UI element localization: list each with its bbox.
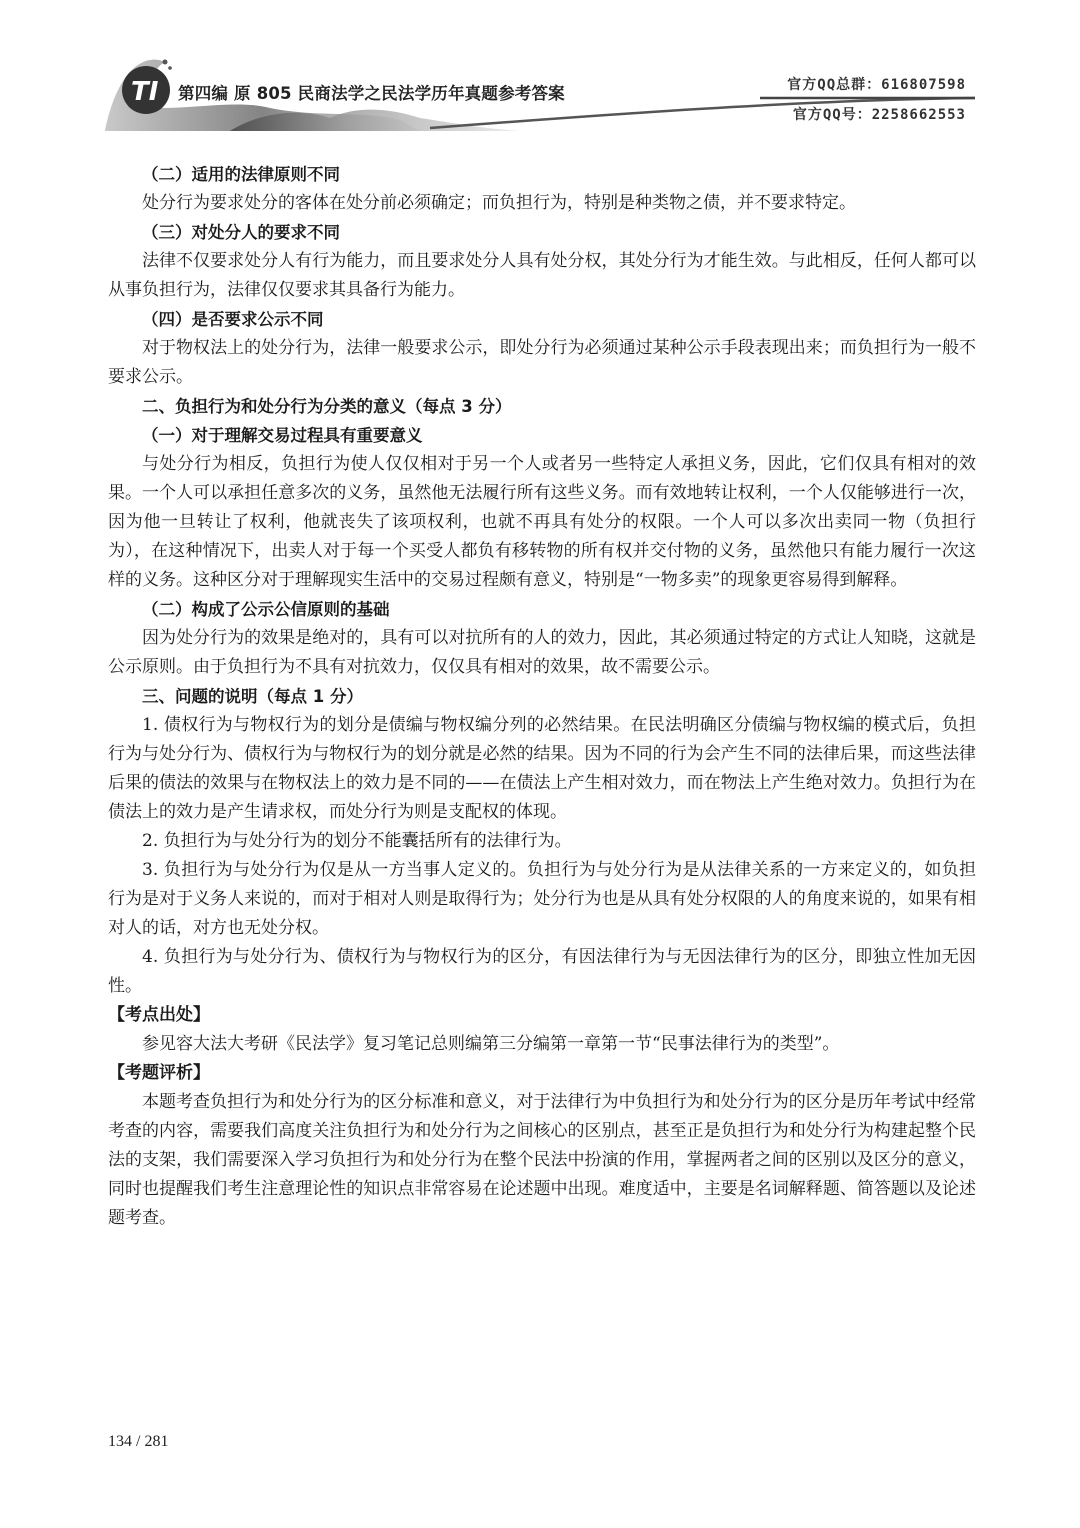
paragraph: 2. 负担行为与处分行为的划分不能囊括所有的法律行为。 <box>108 827 976 856</box>
paragraph: 对于物权法上的处分行为，法律一般要求公示，即处分行为必须通过某种公示手段表现出来… <box>108 334 976 392</box>
paragraph: 与处分行为相反，负担行为使人仅仅相对于另一个人或者另一些特定人承担义务，因此，它… <box>108 450 976 595</box>
qq-number-info: 官方QQ号：2258662553 <box>793 104 966 124</box>
document-title: 第四编 原 805 民商法学之民法学历年真题参考答案 <box>178 80 565 104</box>
page-indicator: 134 / 281 <box>108 1433 168 1451</box>
paragraph: 3. 负担行为与处分行为仅是从一方当事人定义的。负担行为与处分行为是从法律关系的… <box>108 856 976 943</box>
section-heading: （二）构成了公示公信原则的基础 <box>108 595 976 624</box>
paragraph: 1. 债权行为与物权行为的划分是债编与物权编分列的必然结果。在民法明确区分债编与… <box>108 711 976 827</box>
exam-source-heading: 【考点出处】 <box>108 1001 976 1030</box>
paragraph: 因为处分行为的效果是绝对的，具有可以对抗所有的人的效力，因此，其必须通过特定的方… <box>108 624 976 682</box>
section-heading: （一）对于理解交易过程具有重要意义 <box>108 421 976 450</box>
section-heading: （三）对处分人的要求不同 <box>108 218 976 247</box>
qq-group-info: 官方QQ总群：616807598 <box>787 74 966 94</box>
paragraph: 法律不仅要求处分人有行为能力，而且要求处分人具有处分权，其处分行为才能生效。与此… <box>108 247 976 305</box>
paragraph: 本题考查负担行为和处分行为的区分标准和意义，对于法律行为中负担行为和处分行为的区… <box>108 1088 976 1233</box>
logo-text: TI <box>131 77 159 107</box>
section-heading: 三、问题的说明（每点 1 分） <box>108 682 976 711</box>
page-header: TI 第四编 原 805 民商法学之民法学历年真题参考答案 官方QQ总群：616… <box>0 0 1080 150</box>
paragraph: 处分行为要求处分的客体在处分前必须确定；而负担行为，特别是种类物之债，并不要求特… <box>108 189 976 218</box>
paragraph: 4. 负担行为与处分行为、债权行为与物权行为的区分，有因法律行为与无因法律行为的… <box>108 943 976 1001</box>
exam-analysis-heading: 【考题评析】 <box>108 1059 976 1088</box>
section-heading: 二、负担行为和处分行为分类的意义（每点 3 分） <box>108 392 976 421</box>
section-heading: （二）适用的法律原则不同 <box>108 160 976 189</box>
answer-content: （二）适用的法律原则不同 处分行为要求处分的客体在处分前必须确定；而负担行为，特… <box>108 160 976 1233</box>
paragraph: 参见容大法大考研《民法学》复习笔记总则编第三分编第一章第一节“民事法律行为的类型… <box>108 1030 976 1059</box>
section-heading: （四）是否要求公示不同 <box>108 305 976 334</box>
